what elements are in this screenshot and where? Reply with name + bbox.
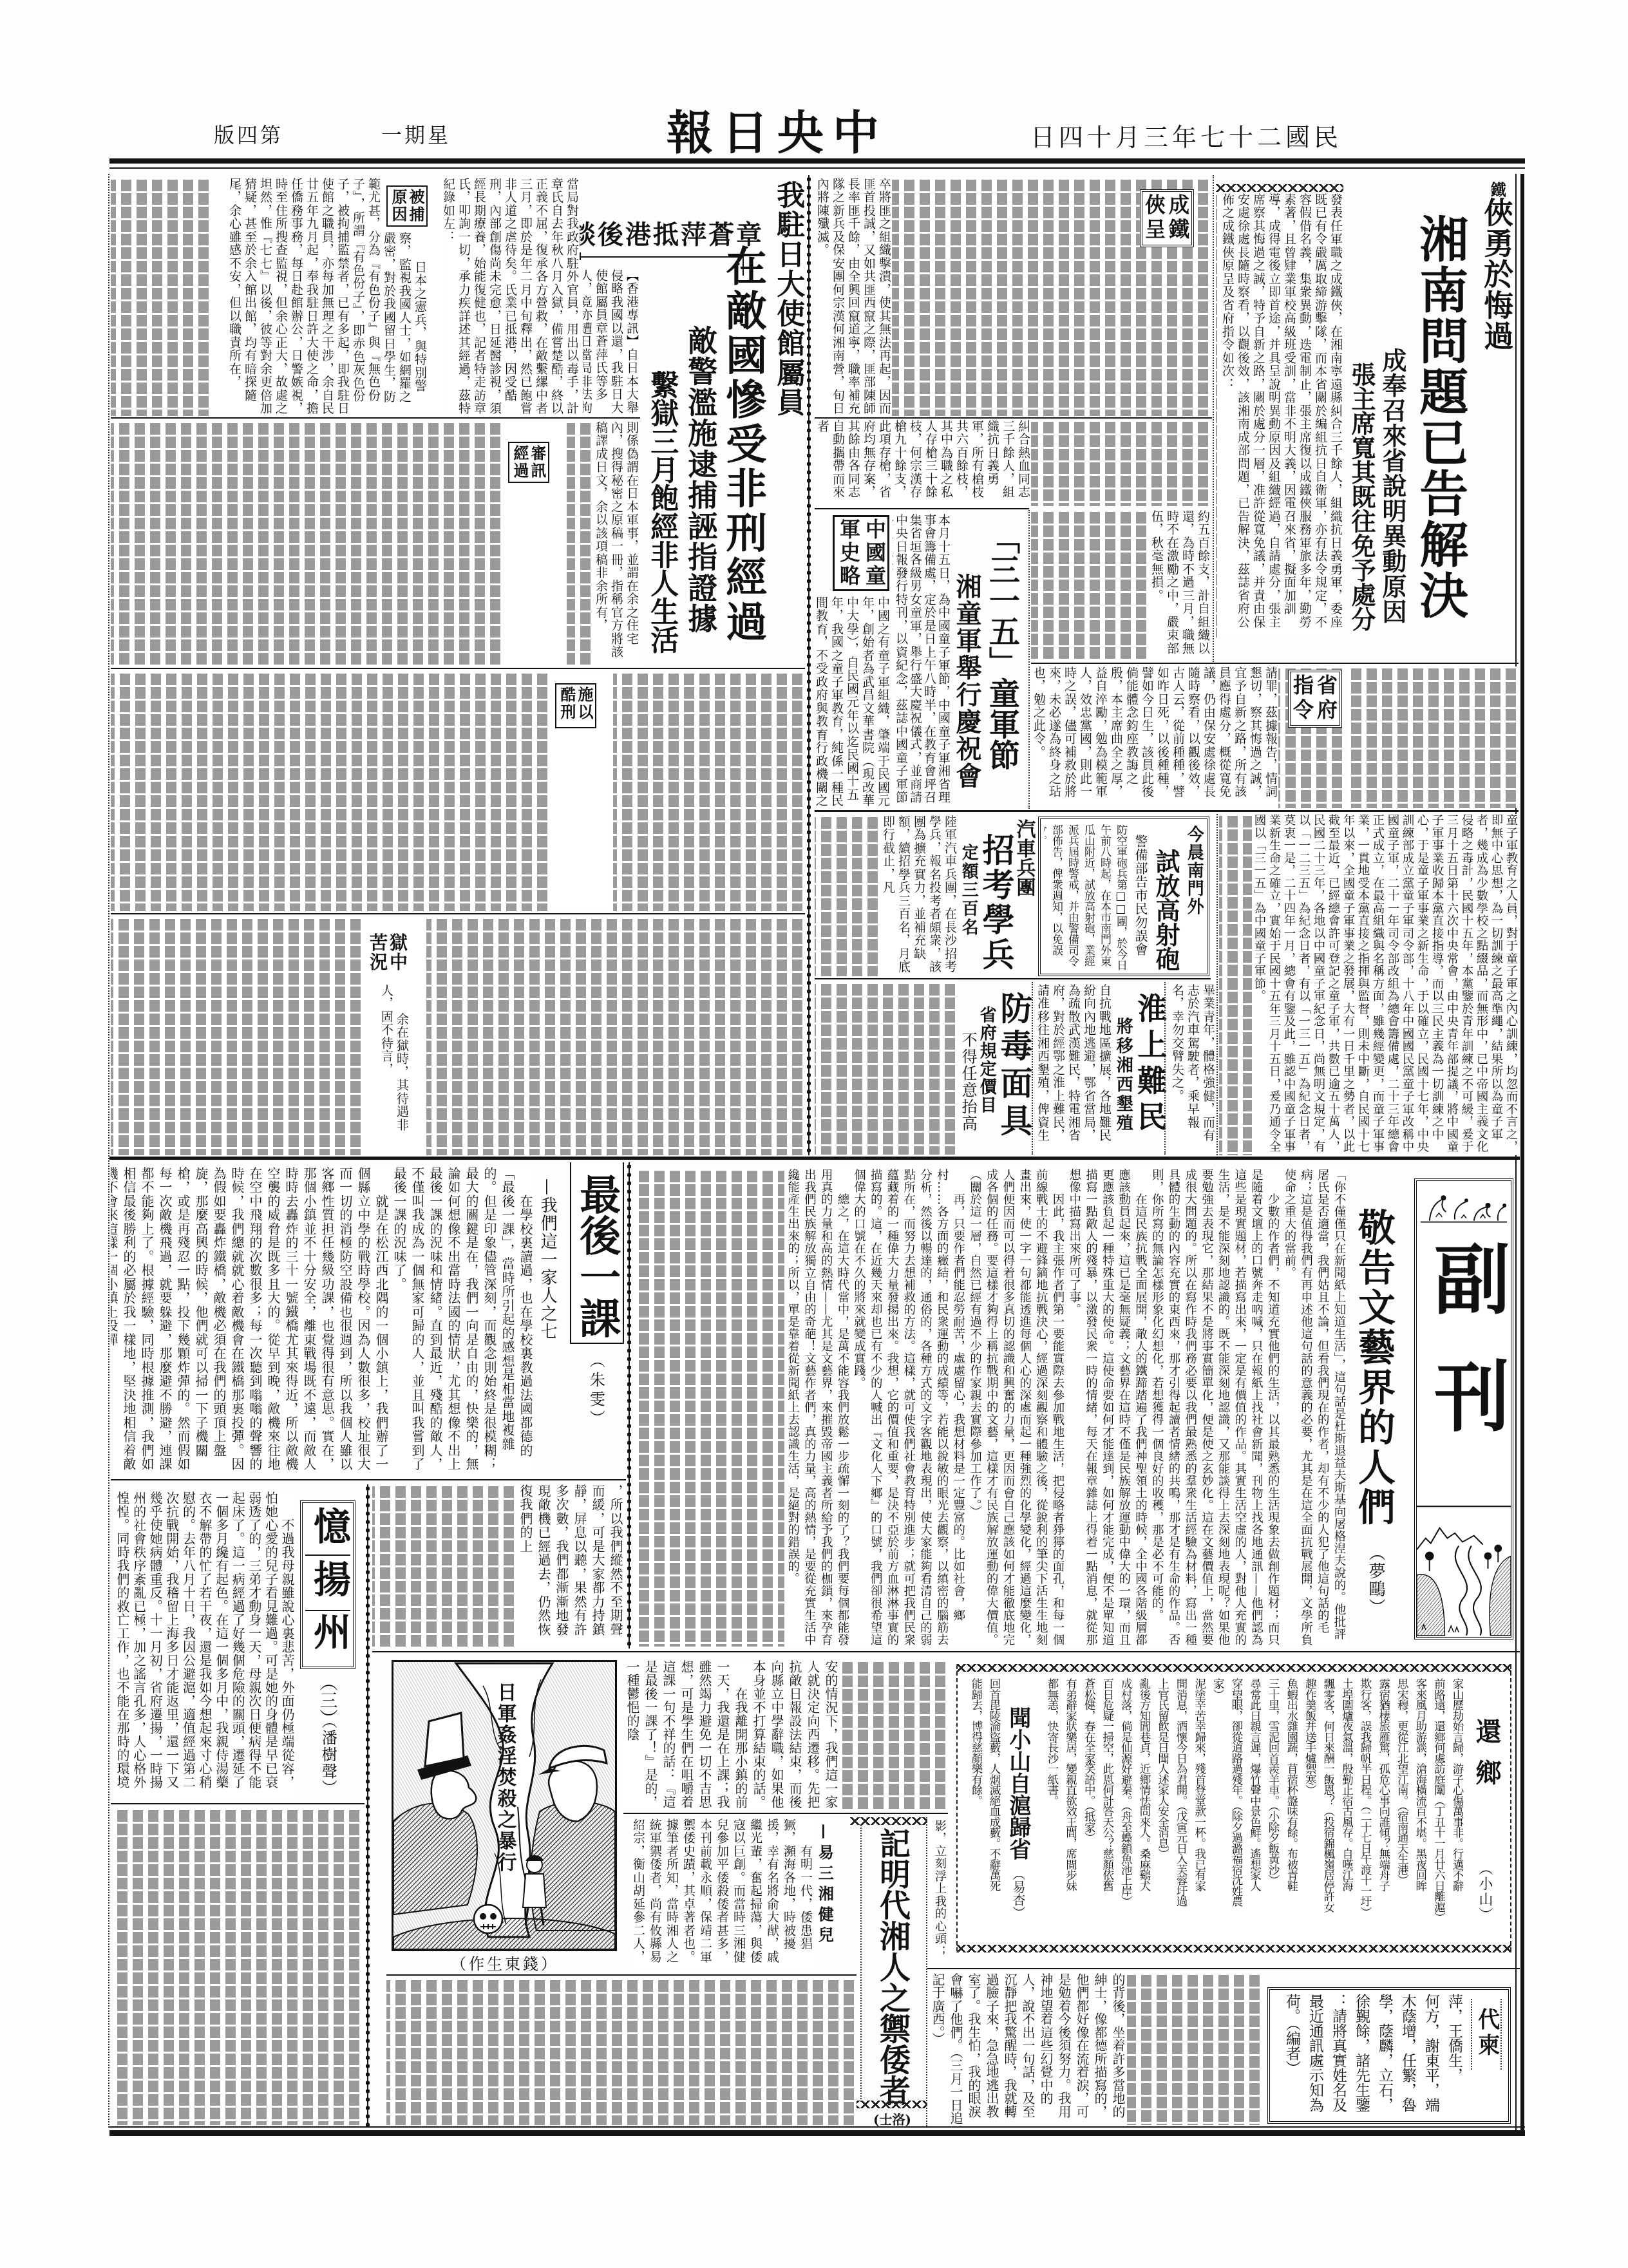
last-lesson-body-5: 的背後，坐着許多當地的紳士，像都德所描寫的，他們都好像在流着淚，可是勉着今後須努… <box>930 1973 1126 2125</box>
section-torture-text: 施以酷刑 <box>550 672 612 911</box>
huai-refugees-text-block: 自抗戰地區擴展，各地難民紛向內地逃避，鄂省當局，為疏散武漢難民，特電湘省府，對於… <box>1035 984 1112 1154</box>
ming-intro-block: 有明一代，倭患猖獗，瀕海各地，時被擾援，幸有名將俞大猷，戚繼光輩，奮起掃蕩，與倭… <box>630 1819 814 1970</box>
last-lesson-title: 最後一課 <box>575 1173 618 1338</box>
scout-history-label-box: 中國童軍史略 <box>833 515 889 591</box>
rule-order <box>1031 663 1519 664</box>
scout-history-text-1: 中國之有童子軍組織，肇端于民國元年，創始者為武昌文華書院（現改華中大學），自民國… <box>815 596 891 808</box>
last-lesson-body-5-col: 的背後，坐着許多當地的紳士，像都德所描寫的，他們都好像在流着淚，可是勉着今後須努… <box>929 1973 1127 2125</box>
last-lesson-body-3-block: 安的情況下，我們這一家人就決定向西遷移。先把抗敵日報設法結束，而後向縣立中學辭職… <box>623 1660 948 1810</box>
order-text: 請罪，茲據報告，情詞懇切，察其悔過之誠，宜予自新之路，所有該員應得處分，概從寬免… <box>1032 666 1278 799</box>
kicker-prefix: 鐵 <box>1488 182 1506 197</box>
embassy-lead-text: 【香港專訊】自日本大舉侵略我國以還，我駐日大使館屬員章蒼萍氏等多人，竟亦遭日當局… <box>583 269 639 416</box>
rule-petition-a <box>815 417 1212 419</box>
truck-corps-cont-block: 畢業青年，體格強健，而有志於汽車駕駛者，乘早報名，幸勿交臂失之。 <box>1167 984 1216 1154</box>
wavy-rule <box>1216 184 1343 192</box>
scout-lead: 本月十五日，為中國童子軍節，中國童子軍湘省理事會籌備處，定於是日上午八時半，在教… <box>893 514 951 804</box>
dotted-column-rule <box>926 1817 927 2126</box>
section-arrest-cont: 則係偽謂在日本軍事，並謂在余之住宅內，搜得秘密之原稿一冊，指稱官方將該稿譯成日文… <box>594 421 639 659</box>
last-lesson-body-5-block: 的背後，坐着許多當地的紳士，像都德所描寫的，他們都好像在流着淚，可是勉着今後須努… <box>929 1973 1262 2125</box>
embassy-lead-cont: 當局對我政府駐外官員，用出以毒手，計章氏自去年秋八月入獄，備嘗楚酷，終以正義不屈… <box>444 178 579 415</box>
masthead-rule-thick <box>109 158 1525 164</box>
essay-body: 「你不僅僅只在新聞紙上知道生活」，這句話是杜斯退益夫斯基向屠格湼夫說的。他批評屠… <box>786 1169 1346 1646</box>
last-lesson-subtitle: —我們這一家人之七 <box>538 1178 556 1341</box>
xiangnan-kicker: 鐵俠勇於悔過 <box>1481 182 1512 352</box>
rule-ming <box>623 1813 948 1814</box>
section-divider-rule <box>109 1157 1520 1160</box>
last-lesson-body-2-block: ，所以我們縱然不至期聲而緩，可是大家都力持鎮靜，屏息以聽，果然有許多次數，我們都… <box>372 1484 625 1648</box>
section-interrogation-text: 審訊經過 <box>503 421 565 666</box>
rule-top-row <box>815 810 1519 812</box>
gas-mask-subhead-2: 不得任意抬高 <box>960 1032 976 1132</box>
notice-text-block: 萍，王僑生， 何方，謝東平，端 木蔭增，任繁，魯 學，蔭麟，立石， 徐覲餘，諸先… <box>1276 1994 1466 2120</box>
aa-gun-kicker: 今晨南門外 <box>1185 826 1202 916</box>
weekday-label: 星期一 <box>381 125 451 146</box>
section-title-box: 審訊經過 <box>508 442 549 483</box>
section-title-box: 被捕原因 <box>386 185 428 227</box>
embassy-lead-block: 【香港專訊】自日本大舉侵略我國以還，我駐日大使館屬員章蒼萍氏等多人，竟亦遭日當局… <box>583 269 639 416</box>
rule-row1 <box>111 417 640 419</box>
ming-intro-col: 有明一代，倭患猖獗，瀕海各地，時被擾援，幸有名將俞大猷，戚繼光輩，奮起掃蕩，與倭… <box>630 1819 814 1970</box>
scout-history-text-2: 童子軍教育之人員，對于童子軍之內心訓練，均忽而不言之，即無中心思想，為一切訓練之… <box>1252 814 1519 1155</box>
column-divider-chain <box>806 175 812 1155</box>
section-title-torture: 施以酷刑 <box>558 686 594 721</box>
order-label-box: 省府指令 <box>1288 670 1342 728</box>
aa-gun-subhead: 警備部告市民勿誤會 <box>1133 835 1147 956</box>
ming-body-block <box>386 1978 857 2125</box>
kicker-bracket-tick-right <box>743 256 744 276</box>
petition-label: 成鐵俠呈 <box>1142 194 1190 243</box>
truck-corps-cont-col: 畢業青年，體格強健，而有志於汽車駕駛者，乘早報名，幸勿交臂失之。 <box>1169 984 1216 1154</box>
section-prison-body: 余在獄時，其待遇非人，固不待言， <box>379 984 409 1132</box>
xiangnan-lead: 發表任軍職之成鐵俠，在湘南寧遠縣糾合三千餘人，組織抗日義勇軍，委座既已有令嚴厲取… <box>1220 193 1343 629</box>
petition-text-c: 約五百餘支，計自組織以還，為時不過三月，職無時不在激勵之中，嚴束部伍，秋毫無損。 <box>1149 510 1211 661</box>
right-border-thick <box>1520 174 1524 2135</box>
column-divider-chain <box>626 1162 632 1649</box>
huai-refugees-subhead: 將移湘西墾殖 <box>1114 1017 1131 1133</box>
section-interrogation-cont-block <box>613 672 805 911</box>
last-lesson-body-4: 影，立刻浮上我的心頭；一 <box>929 1820 947 1958</box>
last-lesson-body-1-col: 在學校裏讀過，也在學校裏教過法國都德的「最後一課」，當時所引起的感想是相當地複雜… <box>111 1167 535 1477</box>
reply-poem-col: 回首毘陵淪盜藪，人烟滅絕血成藪。不辭萬死 能歸去，博得慈顏樂有餘。 <box>967 1678 1003 1938</box>
aa-gun-headline: 試放高射砲 <box>1153 849 1178 971</box>
wavy-bracket <box>1471 1999 1472 2070</box>
embassy-lead: 【香港專訊】自日本大舉侵略我國以還，我駐日大使館屬員章蒼萍氏等多人，竟亦遭日當局… <box>583 269 639 415</box>
kicker-bracket-line <box>580 256 744 258</box>
last-lesson-body-3: 安的情況下，我們這一家人就決定向西遷移。先把抗敵日報設法結束，而後向縣立中學辭職… <box>625 1660 838 1809</box>
huai-refugees-headline: 淮上難民 <box>1135 993 1166 1137</box>
petition-text-1: 卒將匪之組織擊潰，使其無法再起，因而匪首投誠，又如共匪西竄之際，匪部陳師長率匪千… <box>815 178 891 415</box>
section-interrogation-block: 審訊經過 <box>111 421 565 666</box>
rule-ming-body <box>386 1974 857 1976</box>
reply-poem-block: 回首毘陵淪盜藪，人烟滅絕血成藪。不辭萬死 能歸去，博得慈顏樂有餘。 <box>965 1678 1003 1938</box>
truck-corps-unit: 汽車兵團 <box>1014 819 1034 896</box>
wavy-separator <box>1032 982 1033 1155</box>
petition-text-2: 糾合熱血同志三千餘人，組織抗日義勇軍，所有槍枝共六百餘枝，其中為職之私人存槍三十… <box>815 420 1030 499</box>
order-label: 省府指令 <box>1290 674 1338 723</box>
last-lesson-author: （朱雯） <box>587 1352 603 1430</box>
logo-landscape-icon <box>1417 1504 1511 1636</box>
cartoon-label: 日軍姦淫焚殺之暴行 <box>495 1682 515 1873</box>
aa-gun-text-col: 防空軍砲兵第□□團，於今日午前八時起，在本市南門外東瓜山附近，試放高射砲，業經派… <box>1045 824 1128 971</box>
rule-row3 <box>111 913 805 914</box>
scout-history-block-1: 中國之有童子軍組織，肇端于民國元年，創始者為武昌文華書院（現改華中大學），自民國… <box>815 596 891 808</box>
xiangnan-subhead-2: 張主席寬其既往免予處分 <box>1349 362 1374 631</box>
essay-body-block: 「你不僅僅只在新聞紙上知道生活」，這句話是杜斯退益夫斯基向屠格湼夫說的。他批評屠… <box>634 1169 1347 1647</box>
embassy-lead-cont-text: 當局對我政府駐外官員，用出以毒手，計章氏自去年秋八月入獄，備嘗楚酷，終以正義不屈… <box>444 178 580 416</box>
notice-text-col: 萍，王僑生， 何方，謝東平，端 木蔭增，任繁，魯 學，蔭麟，立石， 徐覲餘，諸先… <box>1280 1994 1466 2120</box>
rule-last-lesson <box>111 1479 626 1480</box>
last-lesson-body-4-col: 影，立刻浮上我的心頭；一 <box>929 1820 949 1967</box>
gas-mask-subhead-1: 省府規定價目 <box>978 1006 995 1114</box>
truck-corps-subhead: 定額三百名 <box>960 844 977 937</box>
yangzhou-body-1-col: 不過我母親雖說心裏悲苦，外面仍極端從容，怕她心愛的兒子看見難過。可是她的身體是早… <box>113 1491 295 1798</box>
homecoming-title: 還鄉 <box>1473 1718 1500 1800</box>
scout-lead-block: 本月十五日，為中國童子軍節，中國童子軍湘省理事會籌備處，定於是日上午八時半，在教… <box>893 514 951 808</box>
newspaper-page: 第四版 星期一 中央日報 民國二十七年三月十四日 我駐日大使館屬員 在敵國慘受非… <box>0 0 1628 2268</box>
wavy-separator <box>1216 814 1218 1155</box>
truck-corps-text: 陸軍汽車兵團，在長沙招考學兵，報名投考者頗衆，該團為擴充實力，並補充缺額，續招學… <box>881 815 957 974</box>
supplement-logo: 副刊 <box>1426 1240 1506 1474</box>
homecoming-poem-col: 家山歷劫始言歸，游子心傷萬事非。行邁不辭 前路遠，還鄉何處訪庭闈（丁丑十一月廿六… <box>1043 1678 1466 1938</box>
section-prison-text: 獄中苦況余在獄時，其待遇非人，固不待言， <box>361 917 425 1155</box>
essay-author: （夢鷗） <box>1367 1544 1384 1616</box>
yangzhou-title: 憶揚州 <box>309 1507 348 1665</box>
homecoming-poem: 家山歷劫始言歸，游子心傷萬事非。行邁不辭 前路遠，還鄉何處訪庭闈（丁丑十一月廿六… <box>1046 1678 1464 1923</box>
wavy-border-top <box>956 1664 1511 1672</box>
scout-day-headline: 「三一五」童軍節 <box>985 523 1017 770</box>
essay-body-col: 「你不僅僅只在新聞紙上知道生活」，這句話是杜斯退益夫斯基向屠格湼夫說的。他批評屠… <box>784 1169 1347 1647</box>
aa-gun-text-block: 防空軍砲兵第□□團，於今日午前八時起，在本市南門外東瓜山附近，試放高射砲，業經派… <box>1045 824 1128 971</box>
xiangnan-lead-text: 發表任軍職之成鐵俠，在湘南寧遠縣糾合三千餘人，組織抗日義勇軍，委座既已有令嚴厲取… <box>1220 193 1343 638</box>
section-torture-cont-block <box>426 917 805 1155</box>
rule-cartoon-row <box>372 1651 1520 1652</box>
petition-block-c: 約五百餘支，計自組織以還，為時不過三月，職無時不在激勵之中，嚴束部伍，秋毫無損。 <box>1031 510 1211 661</box>
scout-history-label: 中國童軍史略 <box>837 518 887 588</box>
embassy-headline-2: 在敵國慘受非刑經過 <box>721 245 764 645</box>
scout-lead-text: 本月十五日，為中國童子軍節，中國童子軍湘省理事會籌備處，定於是日上午八時半，在教… <box>893 514 951 808</box>
xiangnan-lead-block: 發表任軍職之成鐵俠，在湘南寧遠縣糾合三千餘人，組織抗日義勇軍，委座既已有令嚴厲取… <box>1216 193 1343 638</box>
dotted-column-rule <box>1028 510 1030 809</box>
last-lesson-body-1-block: 在學校裏讀過，也在學校裏教過法國都德的「最後一課」，當時所引起的感想是相當地複雜… <box>111 1167 535 1477</box>
yangzhou-body-1: 不過我母親雖說心裏悲苦，外面仍極端從容，怕她心愛的兒子看見難過。可是她的身體是早… <box>113 1491 295 1789</box>
masthead-rule-thin <box>109 167 1525 169</box>
paper-name: 中央日報 <box>667 109 888 156</box>
scout-history-block-2: 童子軍教育之人員，對于童子軍之內心訓練，均忽而不言之，即無中心思想，為一切訓練之… <box>1219 814 1519 1155</box>
wavy-separator <box>1164 982 1166 1155</box>
issue-date: 民國二十七年三月十四日 <box>1030 125 1342 149</box>
title-separator <box>305 1555 350 1556</box>
rule-row2 <box>111 668 805 669</box>
section-arrest-cont-text: 則係偽謂在日本軍事，並謂在余之住宅內，搜得秘密之原稿一冊，指稱官方將該稿譯成日文… <box>593 421 639 666</box>
truck-corps-text-block: 陸軍汽車兵團，在長沙招考學兵，報名投考者頗衆，該團為擴充實力，並補充缺額，續招學… <box>815 815 958 976</box>
petition-text-3: 約五百餘支，計自組織以還，為時不過三月，職無時不在激勵之中，嚴束部伍，秋毫無損。 <box>1150 510 1210 656</box>
column-rule <box>1213 175 1214 662</box>
kicker-main: 俠勇於悔過 <box>1479 197 1514 352</box>
last-lesson-body-2-col: ，所以我們縱然不至期聲而緩，可是大家都力持鎮靜，屏息以聽，果然有許多次數，我們都… <box>516 1484 625 1648</box>
embassy-subhead-1: 敵警濫施逮捕誣指證據 <box>685 325 716 634</box>
truck-corps-text-cont: 畢業青年，體格強健，而有志於汽車駕駛者，乘早報名，幸勿交臂失之。 <box>1170 984 1215 1142</box>
aa-gun-text: 防空軍砲兵第□□團，於今日午前八時起，在本市南門外東瓜山附近，試放高射砲，業經派… <box>1045 824 1127 970</box>
huai-refugees-text: 自抗戰地區擴展，各地難民紛向內地逃避，鄂省當局，為疏散武漢難民，特電湘省府，對於… <box>1035 984 1112 1142</box>
ming-title: 記明代湘人之禦倭者 <box>876 1828 908 2106</box>
reply-poem-title: 聞小山自滬歸省 <box>1006 1706 1029 1860</box>
bottom-rule-thin <box>109 2126 1525 2128</box>
scout-day-subhead: 湘童軍舉行慶祝會 <box>953 573 980 789</box>
embassy-kicker: 章蒼萍抵港後談 <box>570 222 764 248</box>
petition-label-box: 成鐵俠呈 <box>1140 189 1194 247</box>
wavy-border-bottom <box>956 1945 1511 1952</box>
rule-notice-row <box>927 1968 1520 1969</box>
last-lesson-body-3-col: 安的情況下，我們這一家人就決定向西遷移。先把抗敵日報設法結束，而後向縣立中學辭職… <box>623 1660 840 1810</box>
section-title-interrogation: 審訊經過 <box>511 445 547 480</box>
last-lesson-body-4-block: 影，立刻浮上我的心頭；一 <box>929 1820 949 1967</box>
section-prison-block: 獄中苦況余在獄時，其待遇非人，固不待言， <box>111 917 425 1155</box>
section-title-prison: 獄中苦況 <box>367 933 408 972</box>
reply-poem: 回首毘陵淪盜藪，人烟滅絕血成藪。不辭萬死 能歸去，博得慈顏樂有餘。 <box>970 1678 1001 1891</box>
yangzhou-body-2-block <box>113 1808 362 2125</box>
embassy-lead-cont-block: 當局對我政府駐外官員，用出以毒手，計章氏自去年秋八月入獄，備嘗楚酷，終以正義不屈… <box>444 178 580 416</box>
notice-title: 代柬 <box>1475 2008 1498 2059</box>
xiangnan-headline: 湘南問題已告解決 <box>1414 214 1466 621</box>
rule-yangzhou <box>111 1803 364 1804</box>
section-arrest-text: 被捕原因日本之憲兵，與特別警察，監視我國人士，如網羅之嚴密，對於我國留日學生，防… <box>211 178 443 416</box>
rule-lower-news <box>815 978 1211 979</box>
left-border <box>108 174 109 2128</box>
section-arrest-cont-block: 則係偽謂在日本軍事，並謂在余之住宅內，搜得秘密之原稿一冊，指稱官方將該稿譯成日文… <box>567 421 639 666</box>
logo-ornament-icon <box>1417 1182 1511 1227</box>
order-text-col: 請罪，茲據報告，情詞懇切，察其悔過之誠，宜予自新之路，所有該員應得處分，概從寬免… <box>1031 666 1278 808</box>
kicker-bracket-tick-left <box>580 252 581 260</box>
wavy-bracket <box>860 1825 862 2102</box>
xiangnan-subhead-1: 成奉召來省說明異動原因 <box>1379 348 1405 624</box>
ming-intro: 有明一代，倭患猖獗，瀕海各地，時被擾援，幸有名將俞大猷，戚繼光輩，奮起掃蕩，與倭… <box>630 1819 813 1964</box>
column-divider-chain <box>364 1484 371 2127</box>
cartoon-caption: （錢東生作） <box>451 1956 559 1972</box>
scout-history-2: 童子軍教育之人員，對于童子軍之內心訓練，均忽而不言之，即無中心思想，為一切訓練之… <box>1253 814 1518 1153</box>
truck-corps-headline: 招考學兵 <box>979 833 1013 972</box>
petition-text-a: 卒將匪之組織擊潰，使其無法再起，因而匪首投誠，又如共匪西竄之際，匪部陳師長率匪千… <box>815 178 892 416</box>
ming-author: (士洛) <box>873 2110 911 2128</box>
last-lesson-body-2: ，所以我們縱然不至期聲而緩，可是大家都力持鎮靜，屏息以聽，果然有許多次數，我們都… <box>518 1484 623 1637</box>
yangzhou-author: （潘樹聲） <box>319 1713 336 1797</box>
essay-title: 敬告文藝界的人們 <box>1354 1208 1393 1527</box>
embassy-headline-1: 我駐日大使館屬員 <box>773 180 802 417</box>
ming-byline: —易三湘健兒 <box>817 1824 833 1947</box>
yangzhou-body-1-block: 不過我母親雖說心裏悲苦，外面仍極端從容，怕她心愛的兒子看見難過。可是她的身體是早… <box>113 1491 295 1798</box>
petition-block-b: 糾合熱血同志三千餘人，組織抗日義勇軍，所有槍枝共六百餘枝，其中為職之私人存槍三十… <box>815 420 1211 506</box>
rule-petition-b <box>815 508 1029 509</box>
edition-label: 第四版 <box>214 125 283 146</box>
gas-mask-headline: 防毒面具 <box>997 992 1031 1141</box>
section-title-box: 施以酷刑 <box>555 683 596 728</box>
gas-mask-text-block <box>815 982 958 1155</box>
notice-text: 萍，王僑生， 何方，謝東平，端 木蔭增，任繁，魯 學，蔭麟，立石， 徐覲餘，諸先… <box>1283 1994 1462 2112</box>
section-arrest-block: 被捕原因日本之憲兵，與特別警察，監視我國人士，如網羅之嚴密，對於我國留日學生，防… <box>111 178 443 416</box>
truck-corps-text-col: 陸軍汽車兵團，在長沙招考學兵，報名投考者頗衆，該團為擴充實力，並補充缺額，續招學… <box>880 815 958 976</box>
petition-block-d <box>1347 666 1519 808</box>
petition-text-b: 糾合熱血同志三千餘人，組織抗日義勇軍，所有槍枝共六百餘枝，其中為職之私人存槍三十… <box>815 420 1031 506</box>
wavy-rule <box>850 2101 927 2108</box>
wavy-rule <box>850 1817 927 1825</box>
last-lesson-body-1: 在學校裏讀過，也在學校裏教過法國都德的「最後一課」，當時所引起的感想是相當地複雜… <box>111 1167 533 1471</box>
section-torture-block: 施以酷刑 <box>111 672 612 911</box>
huai-refugees-text-col: 自抗戰地區擴展，各地難民紛向內地逃避，鄂省當局，為疏散武漢難民，特電湘省府，對於… <box>1035 984 1112 1154</box>
homecoming-author: （小山） <box>1477 1861 1492 1923</box>
reply-poem-author: （易杏） <box>1011 1867 1025 1919</box>
wavy-bracket <box>1500 1999 1502 2070</box>
embassy-subhead-2: 繫獄三月飽經非人生活 <box>647 370 676 654</box>
title-separator <box>305 1610 350 1611</box>
homecoming-poem-block: 家山歷劫始言歸，游子心傷萬事非。行邁不辭 前路遠，還鄉何處訪庭闈（丁丑十一月廿六… <box>1040 1678 1466 1938</box>
section-title-arrest: 被捕原因 <box>389 189 425 223</box>
bottom-rule-thick <box>109 2130 1525 2136</box>
scout-history-1: 中國之有童子軍組織，肇端于民國元年，創始者為武昌文華書院（現改華中大學），自民國… <box>815 596 890 808</box>
section-title-plain: 獄中苦況 <box>366 931 410 979</box>
